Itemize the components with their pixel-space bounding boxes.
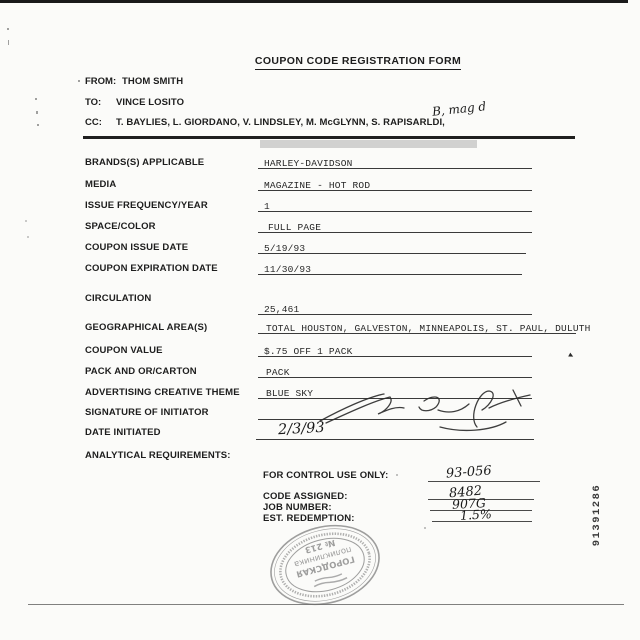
section-divider (83, 136, 575, 139)
control-underline (432, 521, 532, 522)
field-underline (258, 211, 532, 212)
bates-number: 91391286 (591, 484, 603, 546)
ink-blot-arrow-mark: ▸ (567, 350, 576, 362)
field-label-coupon-value: COUPON VALUE (85, 345, 163, 356)
field-label-circulation: CIRCULATION (85, 293, 151, 304)
scan-speck (35, 98, 37, 100)
control-use-value: 93-056 (446, 463, 493, 481)
scan-speck (37, 124, 39, 126)
field-underline (258, 274, 522, 275)
control-use-label: FOR CONTROL USE ONLY: (263, 470, 388, 481)
scan-speck (36, 111, 38, 114)
field-label-pack-carton: PACK AND OR/CARTON (85, 366, 197, 377)
field-underline (258, 232, 532, 233)
field-label-issue-frequency: ISSUE FREQUENCY/YEAR (85, 200, 208, 211)
field-label-creative-theme: ADVERTISING CREATIVE THEME (85, 387, 240, 398)
scan-bottom-line (28, 604, 624, 605)
field-underline (256, 439, 534, 440)
cc-handwritten-note: B, mag d (431, 99, 486, 119)
cc-label: CC: (85, 117, 102, 128)
title-wrap: COUPON CODE REGISTRATION FORM (76, 51, 640, 70)
field-underline (258, 356, 532, 357)
scan-speck (7, 28, 9, 30)
field-underline (258, 377, 532, 378)
scan-speck (8, 40, 9, 45)
page-title: COUPON CODE REGISTRATION FORM (255, 55, 461, 70)
to-label: TO: (85, 97, 101, 108)
initiator-signature (290, 385, 540, 437)
scanned-document-page: COUPON CODE REGISTRATION FORM FROM: THOM… (0, 0, 640, 640)
scan-top-edge-line (0, 0, 628, 3)
code-assigned-label: CODE ASSIGNED: (263, 491, 348, 502)
field-label-geographical-areas: GEOGRAPHICAL AREA(S) (85, 322, 207, 333)
field-label-media: MEDIA (85, 179, 116, 190)
scan-speck (424, 527, 426, 529)
field-label-space-color: SPACE/COLOR (85, 221, 156, 232)
control-underline (428, 481, 540, 482)
from-label: FROM: (85, 76, 116, 87)
from-value: THOM SMITH (122, 76, 183, 87)
scan-speck (78, 80, 80, 82)
field-underline (258, 333, 576, 334)
scan-speck (25, 220, 27, 222)
scan-smudge (260, 140, 477, 148)
field-underline (258, 253, 526, 254)
scan-speck (396, 474, 398, 476)
field-underline (258, 190, 532, 191)
cc-value: T. BAYLIES, L. GIORDANO, V. LINDSLEY, M.… (116, 117, 445, 128)
field-label-brands: BRANDS(S) APPLICABLE (85, 157, 204, 168)
field-label-signature: SIGNATURE OF INITIATOR (85, 407, 209, 418)
field-underline (258, 168, 532, 169)
scan-speck (27, 236, 29, 238)
field-label-expiration-date: COUPON EXPIRATION DATE (85, 263, 218, 274)
field-label-issue-date: COUPON ISSUE DATE (85, 242, 188, 253)
round-rubber-stamp: ГОРОДСКАЯ поликлиника № 213 (245, 505, 405, 625)
field-underline (258, 314, 532, 315)
to-value: VINCE LOSITO (116, 97, 184, 108)
field-label-analytical-requirements: ANALYTICAL REQUIREMENTS: (85, 450, 231, 461)
field-label-date-initiated: DATE INITIATED (85, 427, 161, 438)
